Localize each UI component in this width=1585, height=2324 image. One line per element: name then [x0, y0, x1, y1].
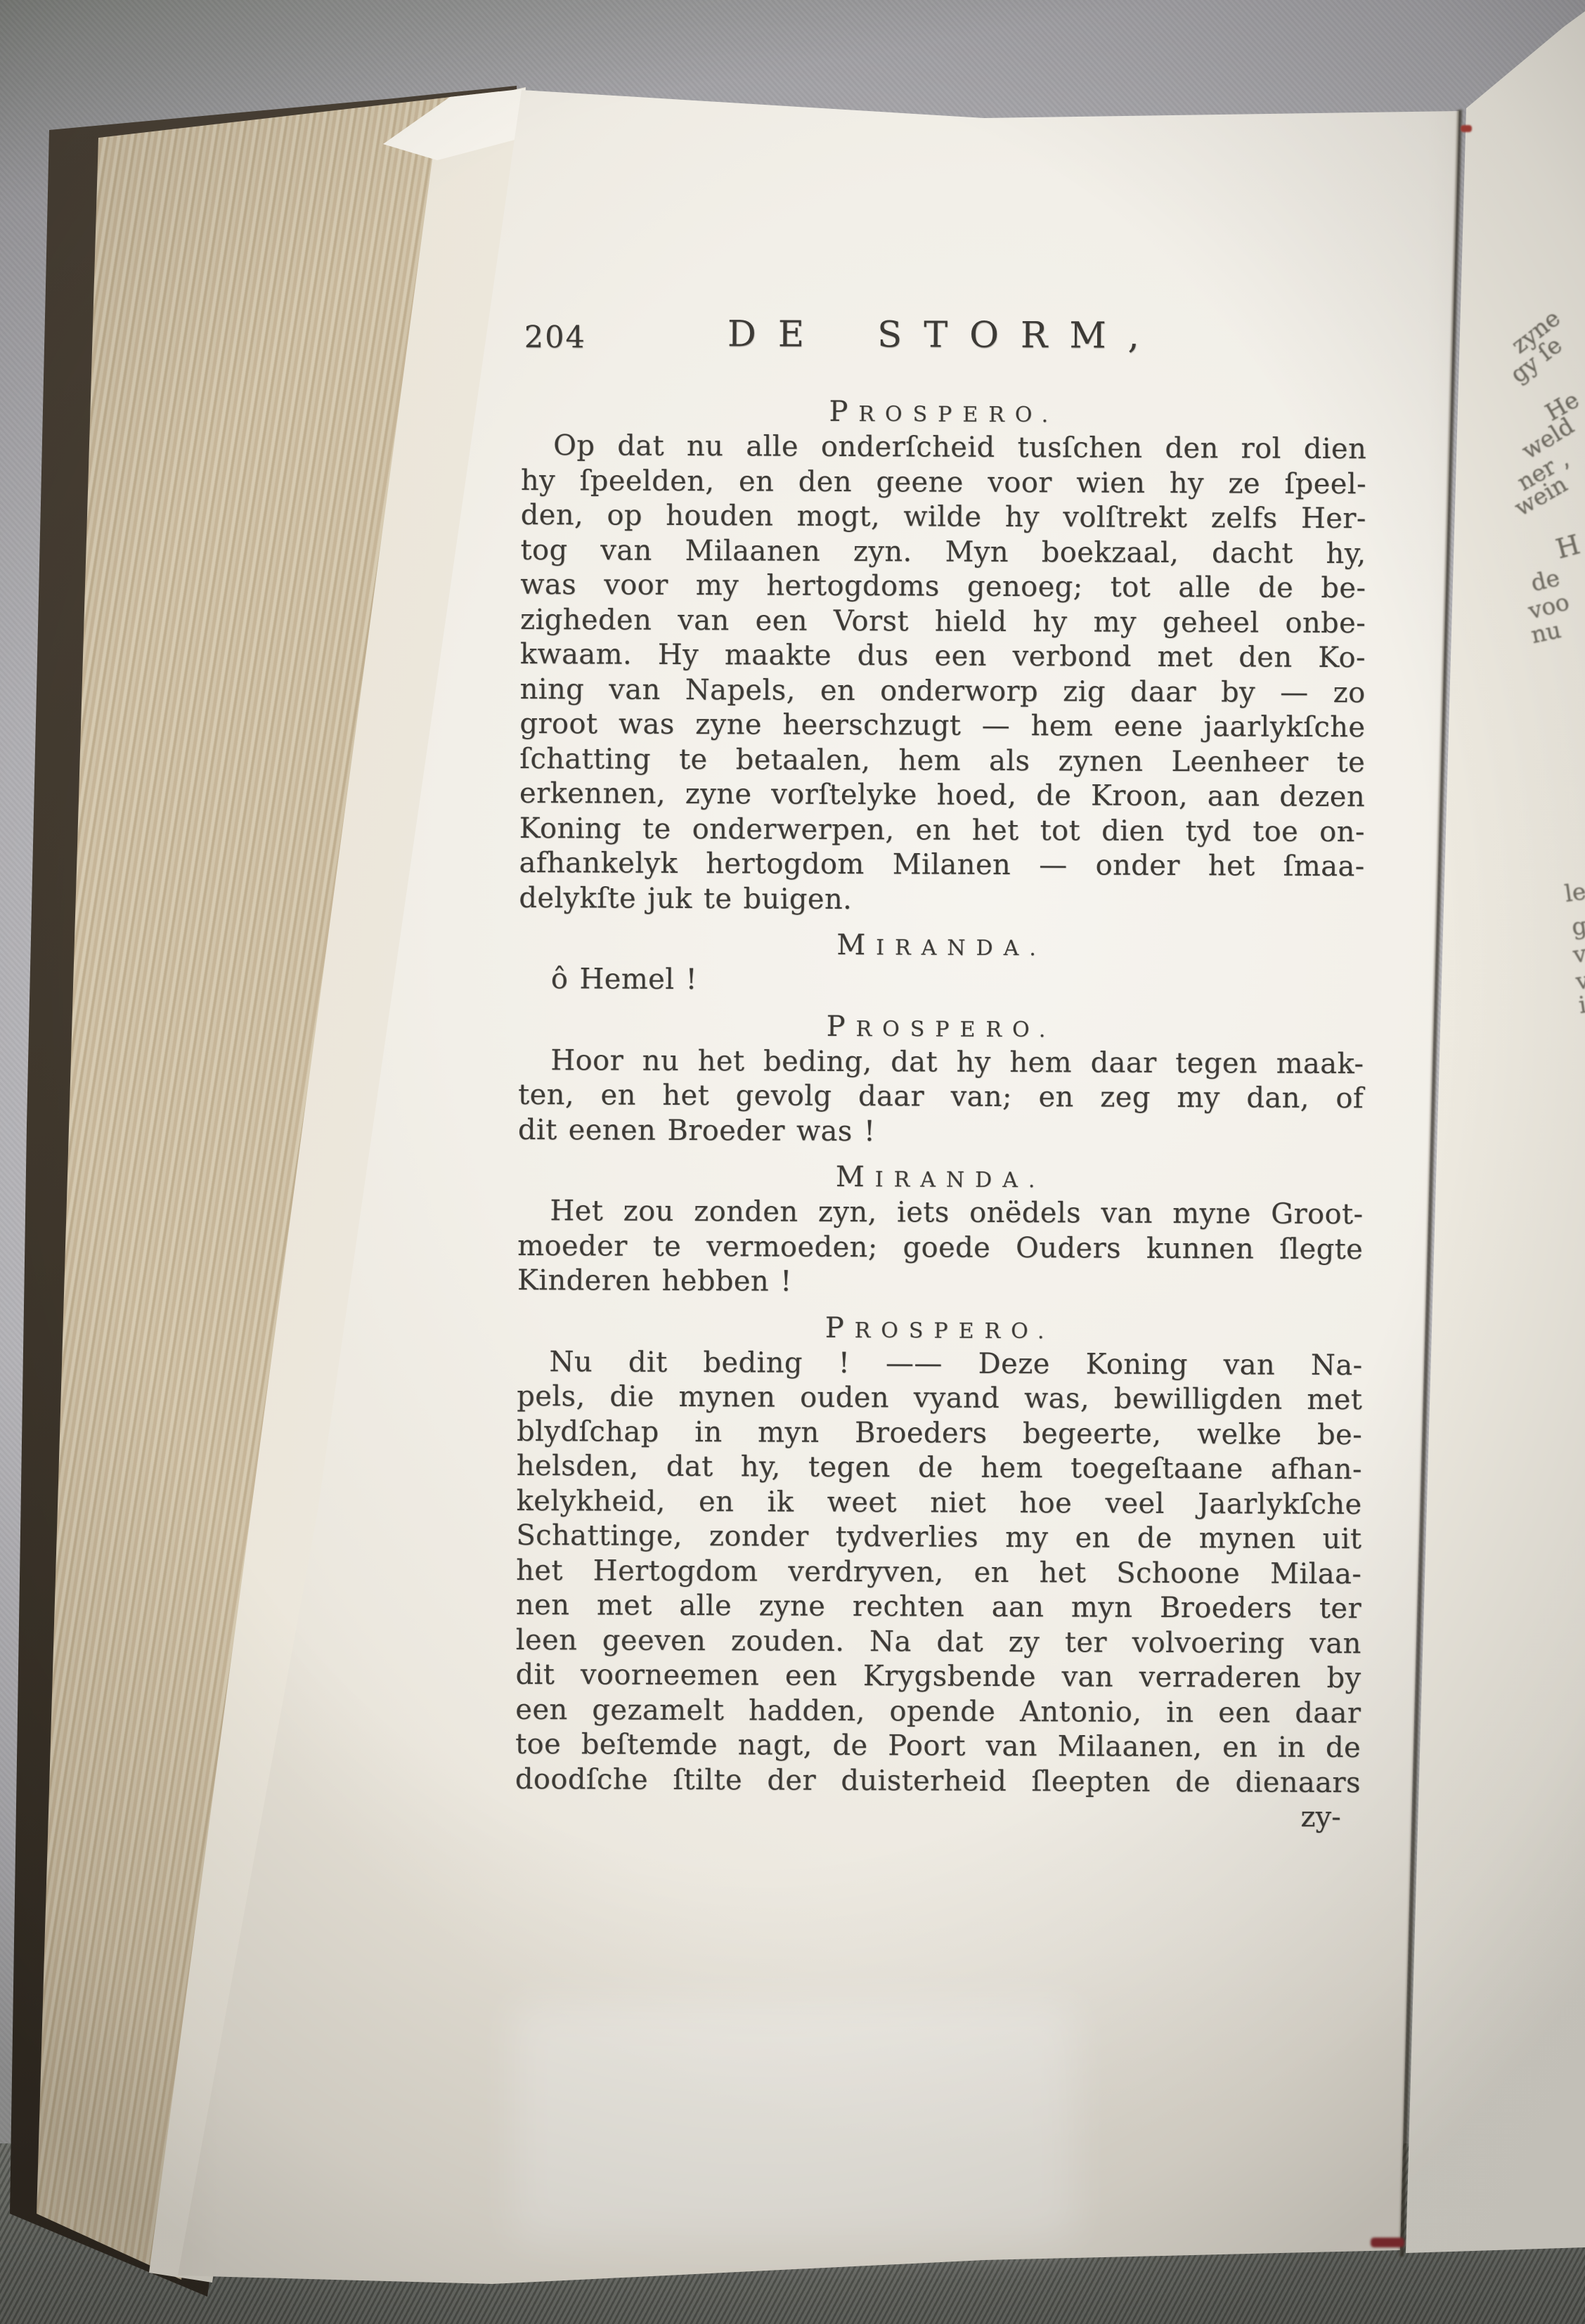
- text-line: kelykheid, en ik weet niet hoe veel Jaar…: [517, 1484, 1362, 1523]
- facing-page-text-fragment: i: [1577, 990, 1585, 1018]
- text-line: ten, en het gevolg daar van; en zeg my d…: [518, 1079, 1364, 1117]
- text-line: was voor my hertogdoms genoeg; tot alle …: [520, 569, 1366, 607]
- page-light-patch: [513, 2003, 1075, 2242]
- text-line: den, op houden mogt, wilde hy volſtrekt …: [521, 499, 1366, 538]
- speaker-heading: MIRANDA.: [519, 916, 1364, 966]
- speaker-heading: PROSPERO.: [517, 1299, 1363, 1349]
- text-line: Schattinge, zonder tydverlies my en de m…: [516, 1519, 1361, 1558]
- headband-red-top: [1461, 125, 1472, 132]
- text-line: Koning te onderwerpen, en het tot dien t…: [519, 812, 1365, 850]
- text-line: pels, die mynen ouden vyand was, bewilli…: [517, 1380, 1362, 1419]
- text-line: een gezamelt hadden, opende Antonio, in …: [515, 1693, 1361, 1732]
- dialogue-text-block: PROSPERO. Op dat nu alle onderſcheid tus…: [515, 383, 1367, 1836]
- facing-page-text-fragment: v: [1571, 940, 1585, 968]
- facing-page-text-fragment: g: [1570, 911, 1585, 941]
- facing-page-text-fragment: H: [1553, 528, 1583, 564]
- text-line: tog van Milaanen zyn. Myn boekzaal, dach…: [520, 533, 1366, 572]
- text-line: ning van Napels, en onderworp zig daar b…: [520, 673, 1366, 711]
- text-line: Op dat nu alle onderſcheid tusſchen den …: [521, 429, 1366, 468]
- text-line: dit voorneemen een Krygsbende van verrad…: [515, 1658, 1361, 1697]
- speaker-heading: PROSPERO.: [521, 383, 1366, 433]
- text-line: Hoor nu het beding, dat hy hem daar tege…: [518, 1044, 1364, 1082]
- text-line: delykſte juk te buigen.: [519, 881, 1364, 920]
- text-line: Kinderen hebben !: [517, 1264, 1363, 1303]
- text-line: nen met alle zyne rechten aan myn Broede…: [516, 1589, 1361, 1628]
- text-line: leen geeven zouden. Na dat zy ter volvoe…: [516, 1623, 1361, 1662]
- text-line: zigheden van een Vorst hield hy my gehee…: [520, 603, 1366, 642]
- book-photo-scene: 204 DE STORM, PROSPERO. Op dat nu alle o…: [0, 0, 1585, 2324]
- text-line: toe beſtemde nagt, de Poort van Milaanen…: [515, 1728, 1361, 1767]
- text-line: afhankelyk hertogdom Milanen — onder het…: [519, 847, 1364, 885]
- running-title: DE STORM,: [522, 313, 1367, 358]
- facing-page-text-fragment: le: [1563, 877, 1585, 907]
- text-line: moeder te vermoeden; goede Ouders kunnen…: [517, 1229, 1363, 1268]
- printed-page-content: 204 DE STORM, PROSPERO. Op dat nu alle o…: [515, 313, 1367, 1836]
- headband-red-bottom: [1371, 2238, 1404, 2247]
- text-line: het Hertogdom verdryven, en het Schoone …: [516, 1554, 1361, 1592]
- text-line: hy ſpeelden, en den geene voor wien hy z…: [521, 464, 1366, 502]
- text-line: helsden, dat hy, tegen de hem toegeſtaan…: [517, 1450, 1362, 1488]
- speaker-heading: PROSPERO.: [518, 997, 1364, 1047]
- facing-page-text-fragment: nu: [1528, 616, 1563, 649]
- text-line: blydſchap in myn Broeders begeerte, welk…: [517, 1415, 1362, 1453]
- text-line: dit eenen Broeder was !: [518, 1113, 1364, 1152]
- text-line: ô Hemel !: [519, 963, 1364, 1001]
- text-line: kwaam. Hy maakte dus een verbond met den…: [520, 638, 1366, 677]
- text-line: ſchatting te betaalen, hem als zynen Lee…: [519, 742, 1365, 781]
- text-line: erkennen, zyne vorſtelyke hoed, de Kroon…: [519, 777, 1365, 816]
- text-line: doodſche ſtilte der duisterheid ſleepten…: [515, 1763, 1361, 1801]
- text-line: groot was zyne heerschzugt — hem eene ja…: [519, 708, 1365, 746]
- speaker-heading: MIRANDA.: [518, 1148, 1364, 1198]
- text-line: Het zou zonden zyn, iets onëdels van myn…: [517, 1195, 1363, 1233]
- running-head: 204 DE STORM,: [522, 313, 1367, 387]
- catchword: zy-: [515, 1798, 1361, 1836]
- text-line: Nu dit beding ! —— Deze Koning van Na-: [517, 1345, 1362, 1384]
